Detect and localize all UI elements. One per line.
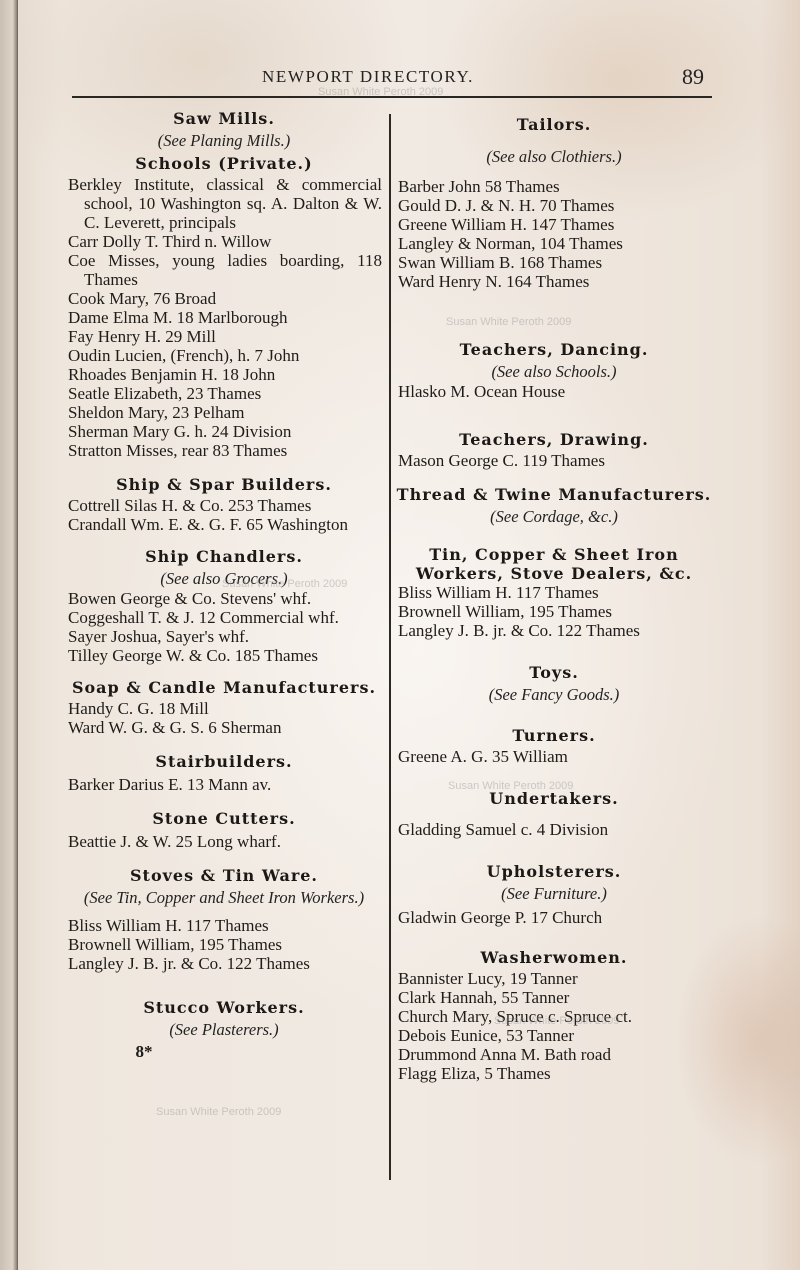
watermark: Susan White Peroth 2009 xyxy=(156,1106,281,1118)
directory-entry: Stratton Misses, rear 83 Thames xyxy=(66,441,382,460)
section-toys: Toys. (See Fancy Goods.) xyxy=(396,662,712,705)
directory-entry: Langley J. B. jr. & Co. 122 Thames xyxy=(66,954,382,973)
directory-entry: Bannister Lucy, 19 Tanner xyxy=(396,969,712,988)
directory-entry: Gladding Samuel c. 4 Division xyxy=(396,820,712,839)
directory-entry: Oudin Lucien, (French), h. 7 John xyxy=(66,346,382,365)
cross-reference: (See also Schools.) xyxy=(396,361,712,382)
watermark: Susan White Peroth 2009 xyxy=(222,578,347,590)
directory-entry: Brownell William, 195 Thames xyxy=(66,935,382,954)
directory-entry: Mason George C. 119 Thames xyxy=(396,451,712,470)
directory-entry: Debois Eunice, 53 Tanner xyxy=(396,1026,712,1045)
page-number: 89 xyxy=(682,64,704,90)
cross-reference: (See Planing Mills.) xyxy=(66,130,382,151)
directory-page: NEWPORT DIRECTORY. 89 Saw Mills. (See Pl… xyxy=(0,0,800,1270)
section-title: Toys. xyxy=(396,662,712,684)
folio-signature: 8* xyxy=(0,1040,382,1064)
section-upholsterers: Upholsterers. (See Furniture.) Gladwin G… xyxy=(396,861,712,927)
section-saw-mills: Saw Mills. (See Planing Mills.) xyxy=(66,108,382,151)
directory-entry: Greene A. G. 35 William xyxy=(396,747,712,766)
right-column: Tailors. (See also Clothiers.) Barber Jo… xyxy=(396,108,712,1083)
directory-entry: Hlasko M. Ocean House xyxy=(396,382,712,401)
section-stoves-tin-ware: Stoves & Tin Ware. (See Tin, Copper and … xyxy=(66,865,382,973)
directory-entry: Cottrell Silas H. & Co. 253 Thames xyxy=(66,496,382,515)
directory-entry: Dame Elma M. 18 Marlborough xyxy=(66,308,382,327)
section-title: Ship & Spar Builders. xyxy=(66,474,382,496)
column-divider xyxy=(389,114,391,1180)
directory-entry: Handy C. G. 18 Mill xyxy=(66,699,382,718)
directory-entry: Greene William H. 147 Thames xyxy=(396,215,712,234)
directory-entry: Ward Henry N. 164 Thames xyxy=(396,272,712,291)
cross-reference: (See Furniture.) xyxy=(396,883,712,904)
section-stucco-workers: Stucco Workers. (See Plasterers.) xyxy=(66,997,382,1040)
section-soap-candle-manufacturers: Soap & Candle Manufacturers. Handy C. G.… xyxy=(66,677,382,737)
section-title: Stairbuilders. xyxy=(66,751,382,773)
section-title: Washerwomen. xyxy=(396,947,712,969)
section-stairbuilders: Stairbuilders. Barker Darius E. 13 Mann … xyxy=(66,751,382,794)
section-title: Upholsterers. xyxy=(396,861,712,883)
section-title: Tin, Copper & Sheet Iron Workers, Stove … xyxy=(396,545,712,583)
directory-entry: Langley & Norman, 104 Thames xyxy=(396,234,712,253)
directory-entry: Bowen George & Co. Stevens' whf. xyxy=(66,589,382,608)
section-title: Turners. xyxy=(396,725,712,747)
directory-entry: Coe Misses, young ladies boarding, 118 T… xyxy=(66,251,382,289)
section-title: Schools (Private.) xyxy=(66,153,382,175)
directory-entry: Barber John 58 Thames xyxy=(396,177,712,196)
section-title: Soap & Candle Manufacturers. xyxy=(66,677,382,699)
section-title: Stoves & Tin Ware. xyxy=(66,865,382,887)
directory-entry: Barker Darius E. 13 Mann av. xyxy=(66,775,382,794)
directory-entry: Bliss William H. 117 Thames xyxy=(396,583,712,602)
cross-reference: (See Fancy Goods.) xyxy=(396,684,712,705)
section-title: Thread & Twine Manufacturers. xyxy=(396,484,712,506)
directory-entry: Gould D. J. & N. H. 70 Thames xyxy=(396,196,712,215)
watermark: Susan White Peroth 2009 xyxy=(318,86,443,98)
directory-entry: Clark Hannah, 55 Tanner xyxy=(396,988,712,1007)
directory-entry: Crandall Wm. E. &. G. F. 65 Washington xyxy=(66,515,382,534)
section-teachers-drawing: Teachers, Drawing. Mason George C. 119 T… xyxy=(396,429,712,470)
section-tailors: Tailors. (See also Clothiers.) Barber Jo… xyxy=(396,114,712,291)
running-title: NEWPORT DIRECTORY. xyxy=(262,67,474,87)
directory-entry: Cook Mary, 76 Broad xyxy=(66,289,382,308)
section-schools-private: Schools (Private.) Berkley Institute, cl… xyxy=(66,153,382,460)
directory-entry: Drummond Anna M. Bath road xyxy=(396,1045,712,1064)
section-title: Teachers, Dancing. xyxy=(396,339,712,361)
cross-reference: (See Tin, Copper and Sheet Iron Workers.… xyxy=(66,887,382,908)
section-turners: Turners. Greene A. G. 35 William xyxy=(396,725,712,766)
section-title: Stone Cutters. xyxy=(66,808,382,830)
watermark: Susan White Peroth 2009 xyxy=(448,780,573,792)
directory-entry: Sayer Joshua, Sayer's whf. xyxy=(66,627,382,646)
section-thread-twine-manufacturers: Thread & Twine Manufacturers. (See Corda… xyxy=(396,484,712,527)
directory-entry: Langley J. B. jr. & Co. 122 Thames xyxy=(396,621,712,640)
directory-entry: Swan William B. 168 Thames xyxy=(396,253,712,272)
directory-entry: Tilley George W. & Co. 185 Thames xyxy=(66,646,382,665)
section-title: Tailors. xyxy=(396,114,712,136)
section-tin-copper-sheet-iron-workers: Tin, Copper & Sheet Iron Workers, Stove … xyxy=(396,545,712,640)
section-stone-cutters: Stone Cutters. Beattie J. & W. 25 Long w… xyxy=(66,808,382,851)
directory-entry: Rhoades Benjamin H. 18 John xyxy=(66,365,382,384)
watermark: Susan White Peroth 2009 xyxy=(494,1015,619,1027)
section-ship-chandlers: Ship Chandlers. (See also Grocers.) Bowe… xyxy=(66,546,382,665)
section-teachers-dancing: Teachers, Dancing. (See also Schools.) H… xyxy=(396,339,712,401)
directory-entry: Fay Henry H. 29 Mill xyxy=(66,327,382,346)
directory-entry: Coggeshall T. & J. 12 Commercial whf. xyxy=(66,608,382,627)
directory-entry: Beattie J. & W. 25 Long wharf. xyxy=(66,832,382,851)
directory-entry: Berkley Institute, classical & commercia… xyxy=(66,175,382,232)
watermark: Susan White Peroth 2009 xyxy=(446,316,571,328)
directory-entry: Brownell William, 195 Thames xyxy=(396,602,712,621)
directory-entry: Gladwin George P. 17 Church xyxy=(396,908,712,927)
section-title: Teachers, Drawing. xyxy=(396,429,712,451)
section-undertakers: Undertakers. Gladding Samuel c. 4 Divisi… xyxy=(396,788,712,839)
cross-reference: (See Plasterers.) xyxy=(66,1019,382,1040)
directory-entry: Sheldon Mary, 23 Pelham xyxy=(66,403,382,422)
directory-entry: Bliss William H. 117 Thames xyxy=(66,916,382,935)
cross-reference: (See also Clothiers.) xyxy=(396,146,712,167)
section-title: Ship Chandlers. xyxy=(66,546,382,568)
directory-entry: Ward W. G. & G. S. 6 Sherman xyxy=(66,718,382,737)
cross-reference: (See Cordage, &c.) xyxy=(396,506,712,527)
section-title: Saw Mills. xyxy=(66,108,382,130)
section-ship-spar-builders: Ship & Spar Builders. Cottrell Silas H. … xyxy=(66,474,382,534)
section-title: Stucco Workers. xyxy=(66,997,382,1019)
directory-entry: Seatle Elizabeth, 23 Thames xyxy=(66,384,382,403)
book-gutter xyxy=(0,0,18,1270)
directory-entry: Sherman Mary G. h. 24 Division xyxy=(66,422,382,441)
directory-entry: Carr Dolly T. Third n. Willow xyxy=(66,232,382,251)
directory-entry: Flagg Eliza, 5 Thames xyxy=(396,1064,712,1083)
